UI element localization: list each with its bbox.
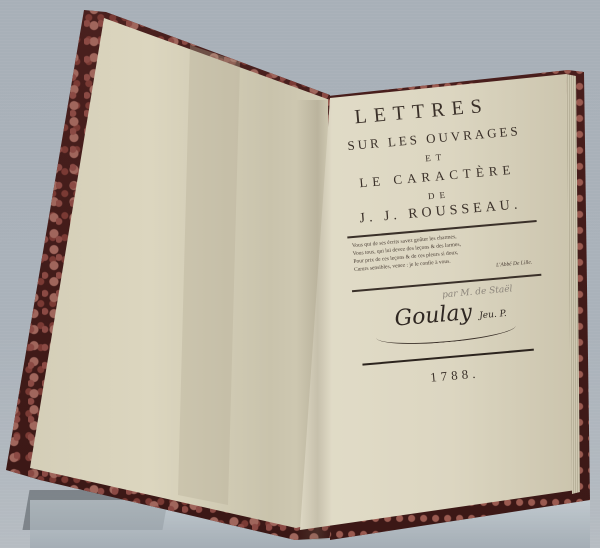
- title-page-text: LETTRES SUR LES OUVRAGES ET LE CARACTÈRE…: [336, 91, 550, 391]
- book-gutter: [296, 100, 332, 540]
- signature-suffix: Jeu. P.: [479, 309, 507, 321]
